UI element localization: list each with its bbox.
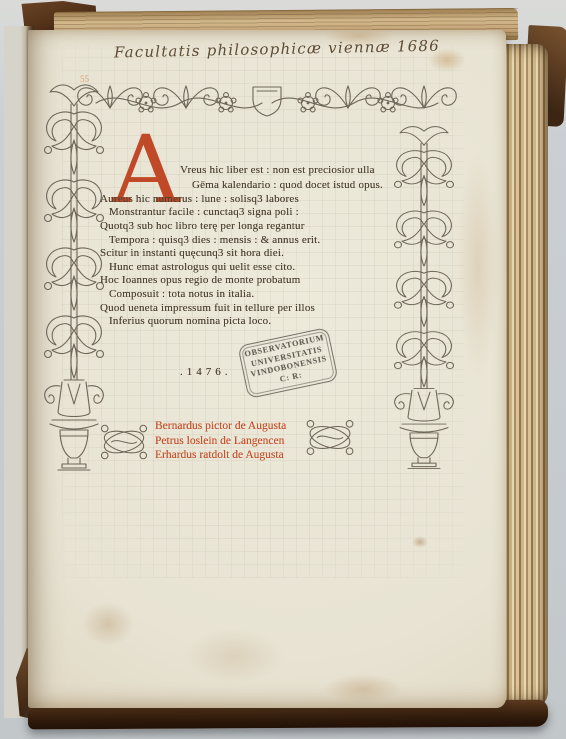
printer-name: Erhardus ratdolt de Augusta bbox=[155, 448, 286, 463]
poem-line: Inferius quorum nomina picta loco. bbox=[109, 315, 271, 327]
book-page: Facultatis philosophicæ viennæ 1686 55 bbox=[28, 30, 506, 708]
foxing-stain bbox=[456, 150, 500, 380]
interlace-knot-icon bbox=[98, 419, 150, 465]
book-page-edges-right bbox=[500, 44, 548, 708]
poem-line: Hunc emat astrologus qui uelit esse cito… bbox=[109, 261, 295, 273]
stamp-line: UNIVERSITATIS bbox=[242, 342, 332, 371]
poem-line: Hoc Ioannes opus regio de monte probatum bbox=[100, 274, 300, 286]
foxing-stain bbox=[324, 674, 402, 704]
interlace-knot-icon bbox=[303, 415, 357, 460]
printer-name: Bernardus pictor de Augusta bbox=[155, 419, 286, 434]
poem-line: Quotq3 sub hoc libro terę per longa rega… bbox=[100, 220, 305, 232]
foxing-stain bbox=[412, 536, 428, 548]
stamp-line: VINDOBONENSIS bbox=[244, 353, 334, 382]
poem-line: Gēma kalendario : quod docet istud opus. bbox=[192, 179, 383, 191]
photo-of-open-incunabulum: Facultatis philosophicæ viennæ 1686 55 bbox=[0, 0, 566, 739]
blank-shield-icon bbox=[253, 87, 281, 116]
poem-line: Vreus hic liber est : non est preciosior… bbox=[180, 164, 375, 176]
poem-line: Composuit : tota notus in italia. bbox=[109, 288, 254, 300]
foxing-stain bbox=[184, 628, 284, 684]
poem-line: Monstrantur facile : cunctaq3 signa poli… bbox=[109, 206, 299, 218]
printer-name: Petrus loslein de Langencen bbox=[155, 434, 286, 449]
colophon-poem: A Vreus hic liber est : non est preciosi… bbox=[100, 138, 436, 338]
print-year: .1476. bbox=[180, 366, 232, 378]
printer-names: Bernardus pictor de Augusta Petrus losle… bbox=[155, 419, 286, 463]
poem-line: Quod ueneta impressum fuit in tellure pe… bbox=[100, 302, 315, 314]
poem-line: Scitur in instanti quęcunq3 sit hora die… bbox=[100, 247, 284, 259]
poem-line: Aureus hic numerus : lune : solisq3 labo… bbox=[100, 193, 299, 205]
poem-line: Tempora : quisq3 dies : mensis : & annus… bbox=[109, 234, 320, 246]
foxing-stain bbox=[82, 602, 134, 646]
